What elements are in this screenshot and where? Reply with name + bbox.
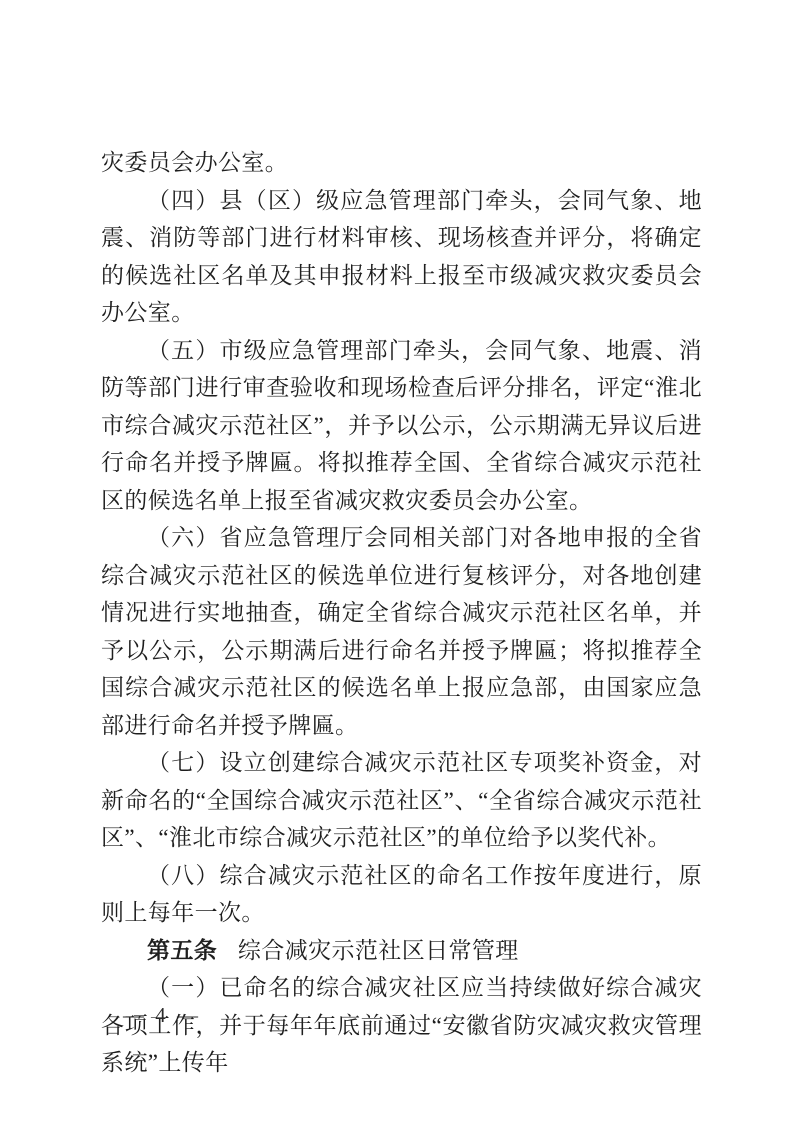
paragraph-clause-8: （八）综合减灾示范社区的命名工作按年度进行，原则上每年一次。 bbox=[101, 857, 702, 932]
paragraph-continuation: 灾委员会办公室。 bbox=[101, 144, 702, 182]
document-page: 灾委员会办公室。 （四）县（区）级应急管理部门牵头，会同气象、地震、消防等部门进… bbox=[0, 0, 793, 1122]
page-footer: — 4 — bbox=[123, 1003, 201, 1028]
article-title: 综合减灾示范社区日常管理 bbox=[238, 938, 519, 963]
paragraph-clause-6: （六）省应急管理厅会同相关部门对各地申报的全省综合减灾示范社区的候选单位进行复核… bbox=[101, 519, 702, 744]
paragraph-clause-5: （五）市级应急管理部门牵头，会同气象、地震、消防等部门进行审查验收和现场检查后评… bbox=[101, 332, 702, 520]
article-heading: 第五条综合减灾示范社区日常管理 bbox=[101, 932, 702, 970]
article-number: 第五条 bbox=[147, 938, 217, 963]
document-body: 灾委员会办公室。 （四）县（区）级应急管理部门牵头，会同气象、地震、消防等部门进… bbox=[101, 144, 702, 1082]
paragraph-clause-4: （四）县（区）级应急管理部门牵头，会同气象、地震、消防等部门进行材料审核、现场核… bbox=[101, 182, 702, 332]
page-number: — 4 — bbox=[123, 1003, 201, 1027]
paragraph-clause-7: （七）设立创建综合减灾示范社区专项奖补资金，对新命名的“全国综合减灾示范社区”、… bbox=[101, 744, 702, 857]
